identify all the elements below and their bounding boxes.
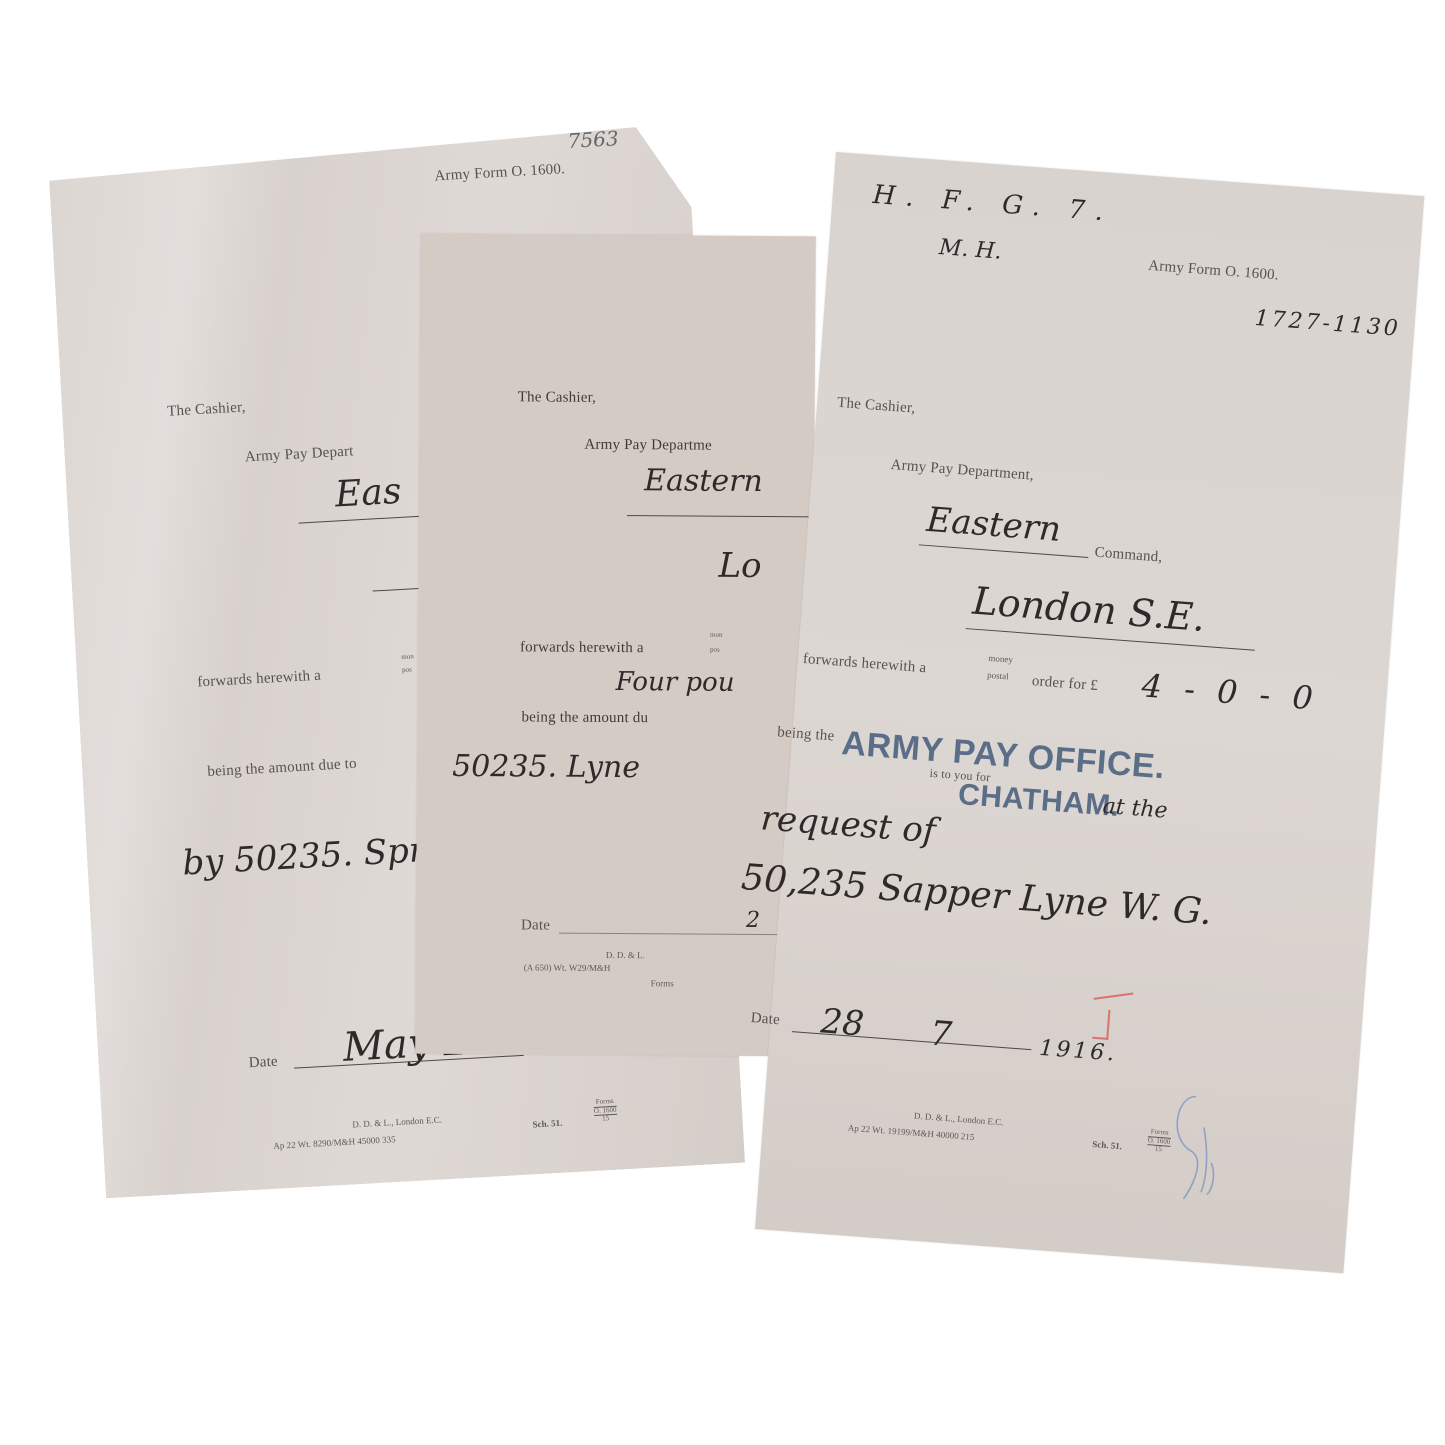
date-value: 2: [746, 908, 760, 933]
form-reference: Forms O. 1600 15: [593, 1098, 617, 1124]
amount-handwritten: Four pou: [616, 667, 735, 698]
postal-option: pos: [710, 646, 720, 654]
soldier-line: 50235. Lyne: [452, 749, 640, 785]
stamp-army-pay-office: ARMY PAY OFFICE.: [840, 724, 1166, 787]
forwards-text: forwards herewith a: [802, 651, 927, 677]
printer-line-2: (A 650) Wt. W29/M&H: [524, 962, 611, 973]
printer-line-1: D. D. & L.: [606, 950, 645, 960]
command-handwritten: Eastern: [644, 463, 763, 499]
soldier-line: by 50235. Spr: [181, 830, 426, 883]
money-option: money: [988, 653, 1013, 665]
serial-number: 7563: [567, 126, 619, 153]
request-line: request of: [759, 798, 937, 851]
reference-number: 1727-1130: [1254, 306, 1402, 342]
printer-line-1: D. D. & L., London E.C.: [914, 1111, 1004, 1128]
date-label: Date: [248, 1054, 278, 1073]
command-rule: [919, 544, 1089, 558]
forwards-text: forwards herewith a: [520, 639, 644, 657]
addressee: The Cashier,: [837, 395, 917, 418]
command-handwritten: Eas: [334, 471, 402, 516]
at-the: at the: [1102, 794, 1169, 824]
form-reference: Forms O. 1600 15: [1147, 1128, 1171, 1155]
date-day: 28: [819, 1001, 865, 1044]
initials-line-1: H. F. G. 7.: [872, 180, 1114, 228]
command-handwritten: Eastern: [925, 500, 1062, 550]
command-label: Command,: [1094, 545, 1163, 567]
department: Army Pay Departme: [584, 437, 712, 455]
initials-line-2: M. H.: [938, 235, 1002, 265]
red-mark-hook: [1092, 1009, 1110, 1040]
addressee: The Cashier,: [518, 389, 597, 407]
postal-option: pos: [402, 665, 412, 674]
command-rule: [627, 515, 817, 517]
printer-line-2: Ap 22 Wt. 8290/M&H 45000 335: [273, 1134, 396, 1151]
date-label: Date: [750, 1010, 780, 1029]
order-text: order for £: [1031, 673, 1098, 695]
addressee: The Cashier,: [167, 399, 246, 420]
document-right: H. F. G. 7. M. H. Army Form O. 1600. 172…: [755, 152, 1424, 1273]
forwards-text: forwards herewith a: [197, 668, 322, 692]
form-number: Army Form O. 1600.: [434, 161, 565, 185]
stamp-chatham: CHATHAM.: [957, 778, 1121, 824]
date-rule: [559, 933, 799, 936]
date-label: Date: [521, 917, 550, 934]
form-code: Sch. 51.: [1092, 1139, 1122, 1151]
printer-line-1: D. D. & L., London E.C.: [352, 1115, 442, 1130]
printer-line-3: Forms: [651, 978, 674, 988]
document-middle: The Cashier, Army Pay Departme Eastern L…: [415, 234, 816, 1057]
date-year: 1916.: [1038, 1036, 1118, 1067]
blue-pencil-initials: [1158, 1089, 1236, 1204]
department: Army Pay Depart: [244, 443, 354, 466]
location-handwritten: Lo: [718, 546, 761, 586]
postal-option: postal: [987, 670, 1009, 682]
being-text: being the amount due to: [207, 756, 357, 781]
money-option: mon: [710, 631, 723, 639]
money-option: mon: [401, 652, 414, 661]
being-text: being the amount du: [521, 709, 648, 727]
soldier-line: 50,235 Sapper Lyne W. G.: [740, 857, 1213, 933]
date-month: 7: [929, 1014, 954, 1056]
printer-line-2: Ap 22 Wt. 19199/M&H 40000 215: [848, 1123, 975, 1142]
department: Army Pay Department,: [890, 457, 1034, 485]
amount-handwritten: 4 - 0 - 0: [1140, 666, 1320, 717]
form-code: Sch. 51.: [532, 1118, 562, 1130]
form-number: Army Form O. 1600.: [1148, 258, 1280, 285]
red-mark-top: [1094, 993, 1134, 1000]
